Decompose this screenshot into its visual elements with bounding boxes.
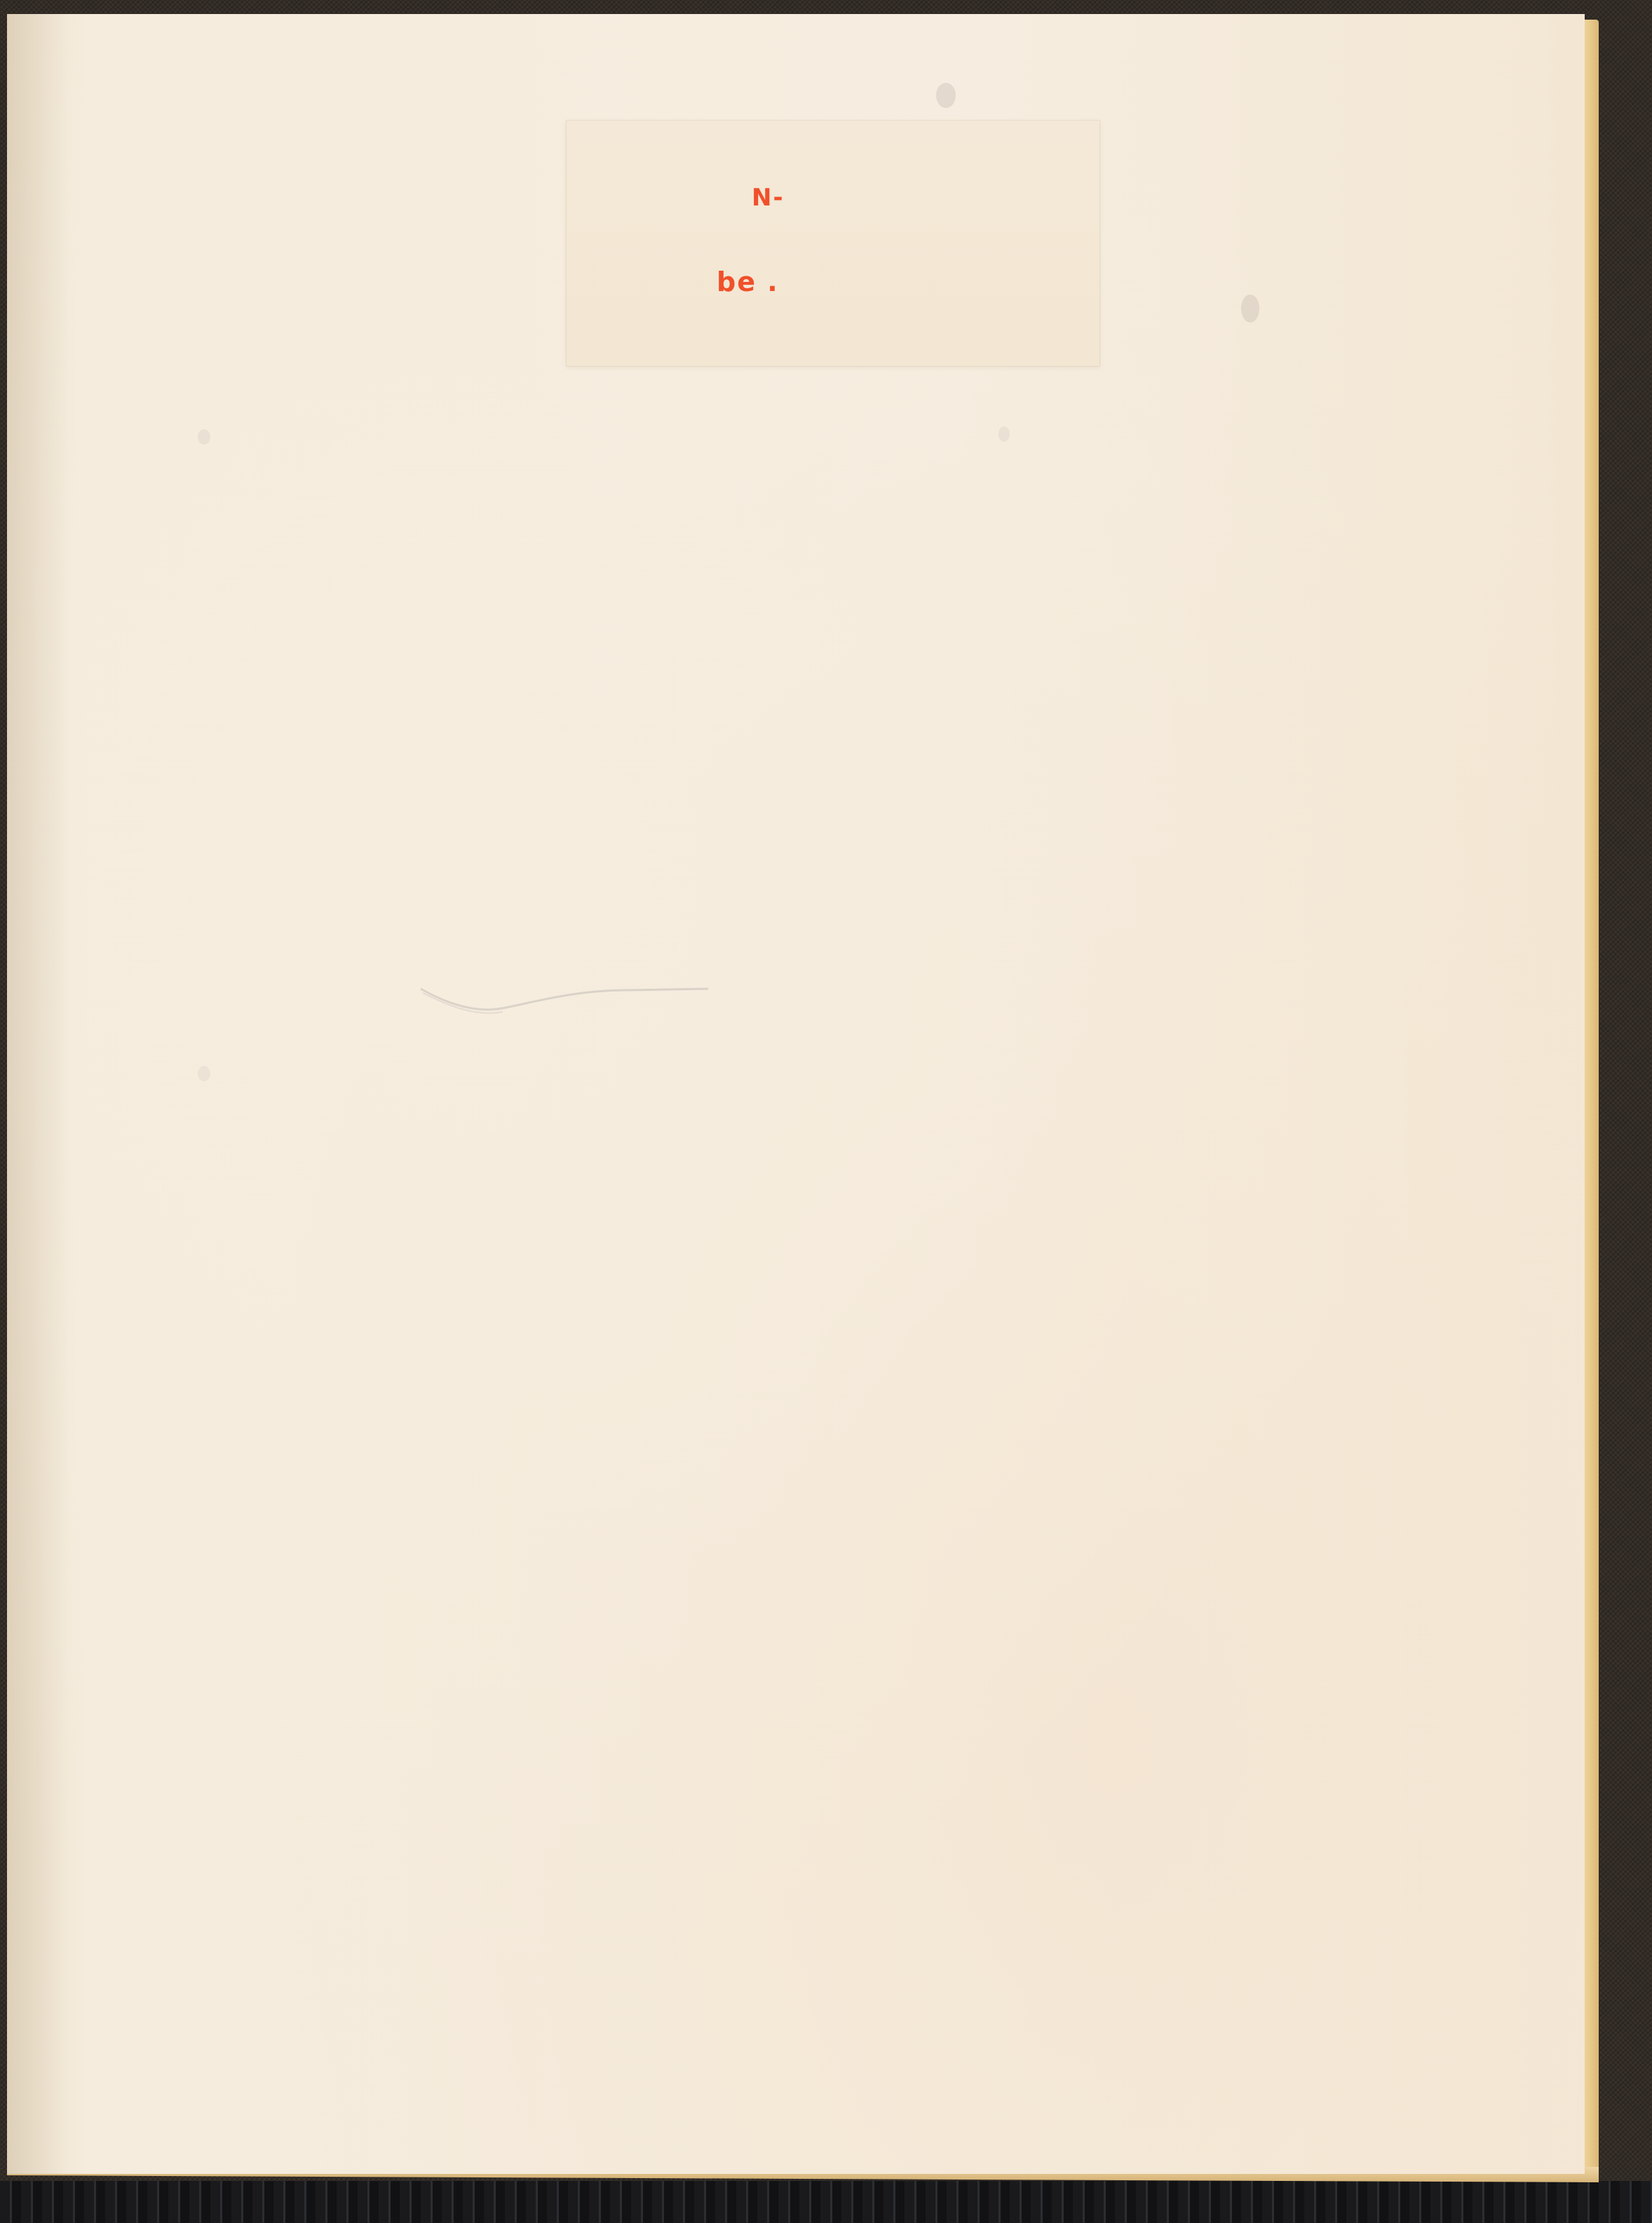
pasted-label bbox=[567, 121, 1099, 366]
paper-speck bbox=[1241, 295, 1259, 323]
pencil-mark bbox=[417, 982, 712, 1024]
paper-speck bbox=[198, 1066, 210, 1081]
label-text-line-1: N- bbox=[752, 184, 785, 212]
paper-speck bbox=[198, 429, 210, 445]
paper-speck bbox=[998, 426, 1010, 442]
label-text-line-2: be . bbox=[717, 266, 779, 297]
page-gutter-shadow bbox=[7, 14, 70, 2174]
background-surface bbox=[0, 2181, 1652, 2223]
paper-speck bbox=[936, 83, 956, 108]
